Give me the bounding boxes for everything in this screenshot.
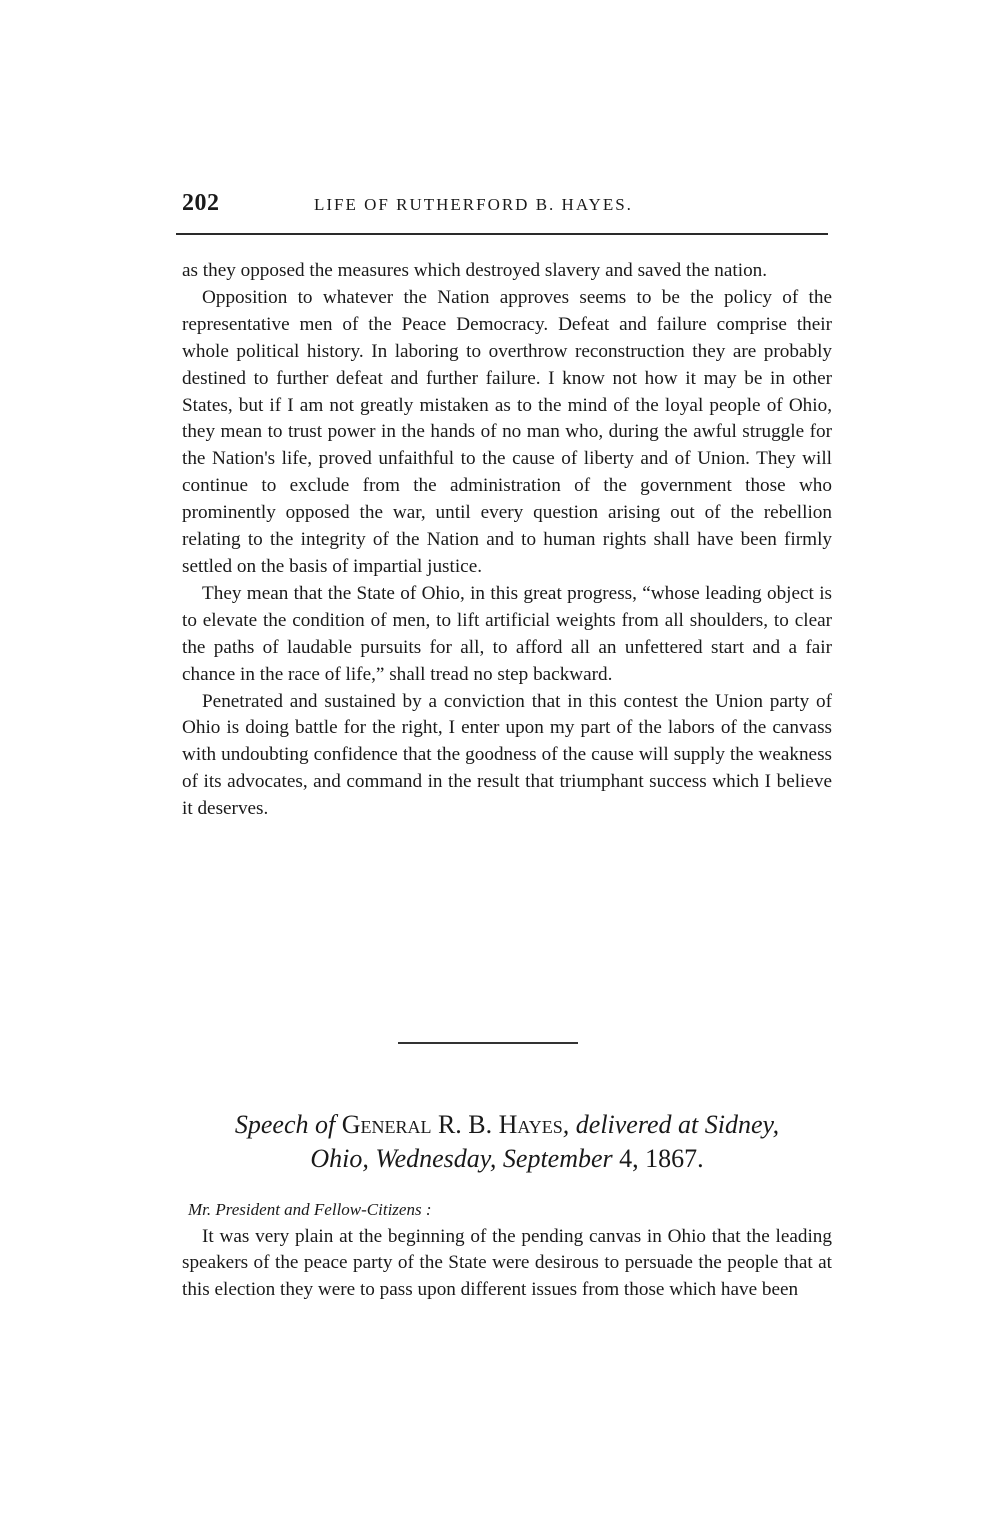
section-divider	[398, 1042, 578, 1044]
speech-title-date: 4, 1867.	[619, 1144, 704, 1173]
body-text: as they opposed the measures which destr…	[182, 258, 832, 823]
salutation: Mr. President and Fellow-Citizens :	[188, 1200, 432, 1220]
paragraph: Opposition to whatever the Nation approv…	[182, 285, 832, 581]
speech-body: It was very plain at the beginning of th…	[182, 1224, 832, 1303]
header-rule	[176, 233, 828, 235]
speech-title-name: General R. B. Hayes	[342, 1110, 563, 1139]
paragraph: They mean that the State of Ohio, in thi…	[182, 581, 832, 689]
speech-title-suffix: , delivered at Sidney,	[563, 1110, 779, 1139]
speech-title-prefix: Speech of	[235, 1110, 342, 1139]
page-number: 202	[182, 190, 220, 217]
paragraph: as they opposed the measures which destr…	[182, 258, 832, 285]
speech-title: Speech of General R. B. Hayes, delivered…	[182, 1108, 832, 1176]
running-title: LIFE OF RUTHERFORD B. HAYES.	[314, 195, 633, 215]
speech-title-line2: Ohio, Wednesday, September	[310, 1144, 619, 1173]
paragraph: Penetrated and sustained by a conviction…	[182, 689, 832, 824]
paragraph: It was very plain at the beginning of th…	[182, 1224, 832, 1303]
running-head: 202 LIFE OF RUTHERFORD B. HAYES.	[182, 190, 832, 220]
